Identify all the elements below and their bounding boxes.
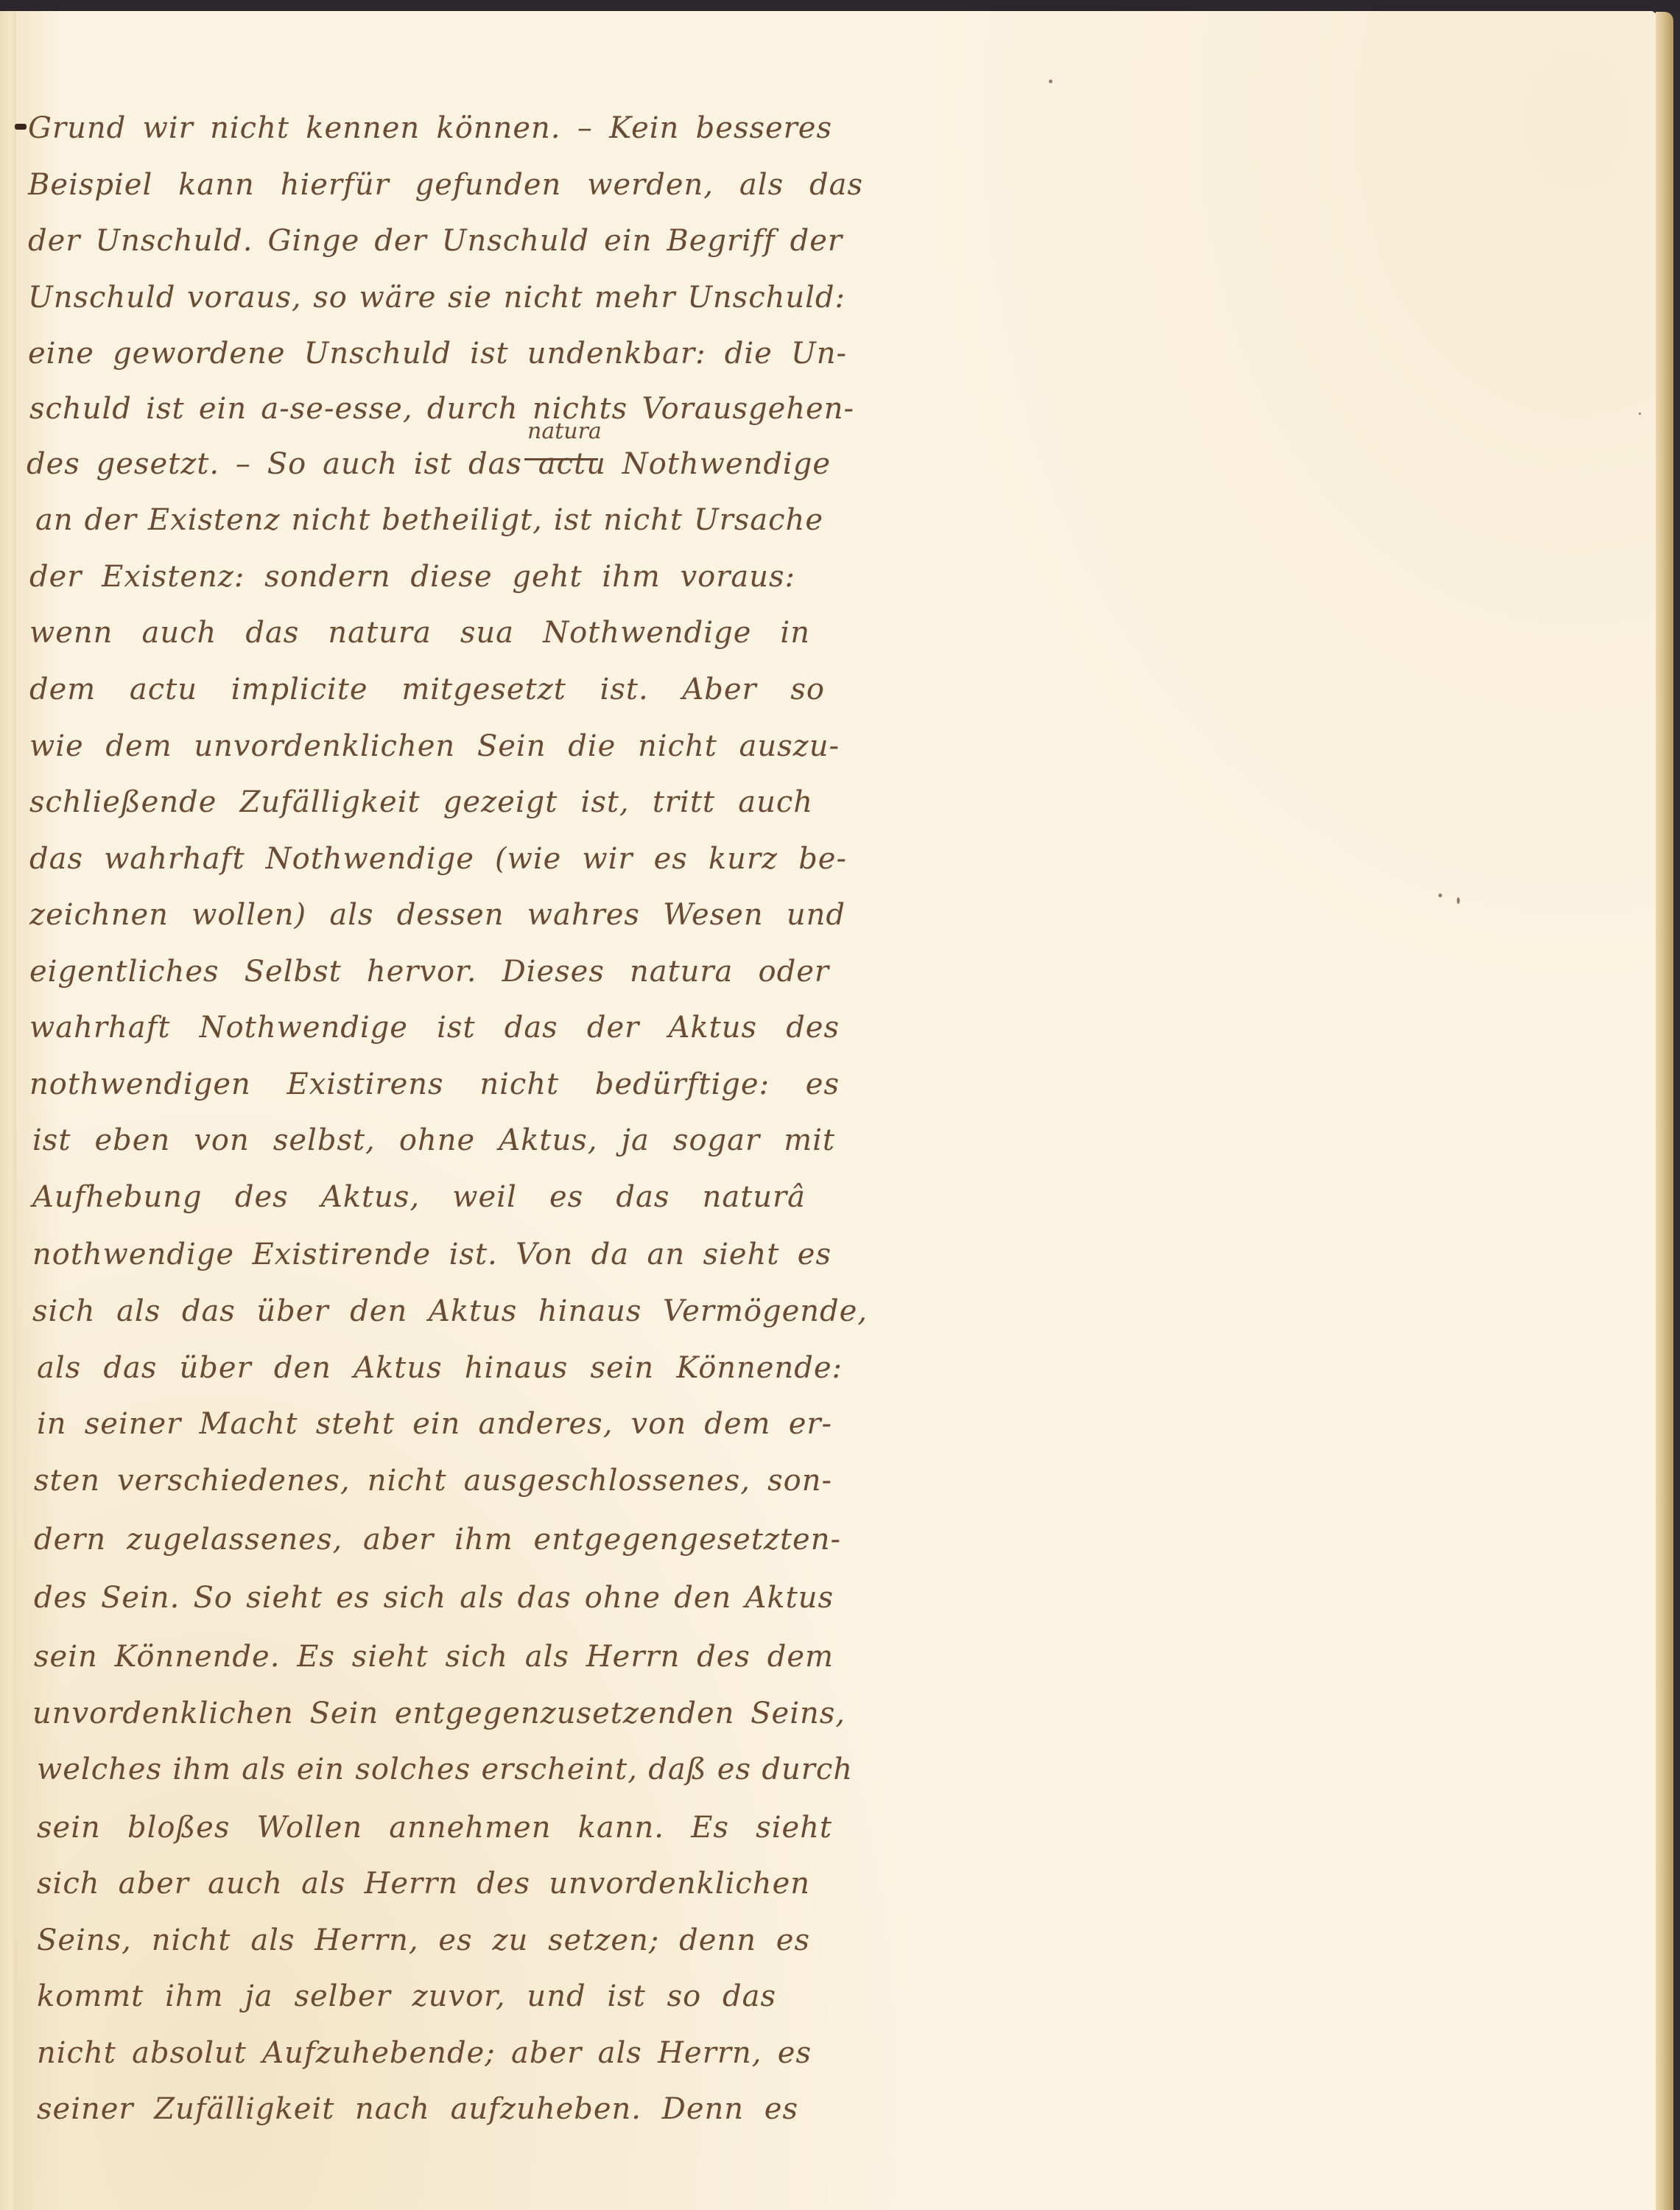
text-line: nothwendigen Existirens nicht bedürftige… [29, 1062, 840, 1106]
text-line: des gesetzt. – So auch ist das actu Noth… [27, 442, 831, 486]
text-line: sten verschiedenes, nicht ausgeschlossen… [34, 1459, 832, 1503]
text-line: wahrhaft Nothwendige ist das der Aktus d… [29, 1006, 840, 1050]
interlinear-insertion: natura [527, 418, 602, 444]
text-line: eine gewordene Unschuld ist undenkbar: d… [28, 331, 847, 376]
text-line: wenn auch das natura sua Nothwendige in [29, 611, 810, 655]
paper-speck [1457, 897, 1460, 904]
text-line: welches ihm als ein solches erscheint, d… [37, 1747, 853, 1792]
text-line: Unschuld voraus, so wäre sie nicht mehr … [28, 276, 846, 320]
text-line: sein bloßes Wollen annehmen kann. Es sie… [37, 1806, 832, 1850]
text-line: nicht absolut Aufzuhebende; aber als Her… [37, 2031, 812, 2075]
text-line: Aufhebung des Aktus, weil es das naturâ [32, 1175, 806, 1219]
text-line: sein Könnende. Es sieht sich als Herrn d… [34, 1635, 834, 1679]
text-line: dern zugelassenes, aber ihm entgegengese… [34, 1518, 841, 1562]
text-line: in seiner Macht steht ein anderes, von d… [37, 1402, 832, 1446]
text-line: dem actu implicite mitgesetzt ist. Aber … [29, 667, 825, 712]
paper-speck [1438, 894, 1442, 897]
manuscript-scan: Grund wir nicht kennen können. – Kein be… [0, 0, 1680, 2210]
text-line: kommt ihm ja selber zuvor, und ist so da… [37, 1974, 776, 2018]
text-line: als das über den Aktus hinaus sein Könne… [37, 1346, 843, 1390]
text-line: der Unschuld. Ginge der Unschuld ein Beg… [28, 219, 843, 263]
text-line: wie dem unvordenklichen Sein die nicht a… [29, 724, 840, 768]
text-line: Seins, nicht als Herrn, es zu setzen; de… [37, 1918, 810, 1962]
text-line: zeichnen wollen) als dessen wahres Wesen… [29, 893, 846, 937]
text-line: Beispiel kann hierfür gefunden werden, a… [28, 163, 863, 207]
text-line: an der Existenz nicht betheiligt, ist ni… [35, 498, 823, 542]
text-line: ist eben von selbst, ohne Aktus, ja soga… [32, 1118, 835, 1162]
text-line: Grund wir nicht kennen können. – Kein be… [28, 106, 832, 150]
text-line: das wahrhaft Nothwendige (wie wir es kur… [29, 837, 847, 881]
text-line: schließende Zufälligkeit gezeigt ist, tr… [29, 780, 813, 824]
strikethrough-mark [524, 458, 598, 460]
text-line: eigentliches Selbst hervor. Dieses natur… [29, 950, 829, 994]
text-line: unvordenklichen Sein entgegenzusetzenden… [32, 1691, 846, 1736]
text-line: sich als das über den Aktus hinaus Vermö… [32, 1289, 868, 1333]
text-line: des Sein. So sieht es sich als das ohne … [34, 1576, 834, 1620]
handwritten-text-column: Grund wir nicht kennen können. – Kein be… [0, 0, 884, 2210]
text-line: schuld ist ein a-se-esse, durch nichts V… [29, 387, 854, 431]
text-line: nothwendige Existirende ist. Von da an s… [32, 1232, 832, 1277]
text-line: seiner Zufälligkeit nach aufzuheben. Den… [37, 2087, 798, 2131]
text-line: sich aber auch als Herrn des unvordenkli… [37, 1862, 810, 1906]
paper-speck [1049, 80, 1052, 83]
page-stack-edge [1656, 12, 1673, 2210]
text-line: der Existenz: sondern diese geht ihm vor… [29, 555, 795, 599]
paper-speck [1639, 413, 1641, 415]
